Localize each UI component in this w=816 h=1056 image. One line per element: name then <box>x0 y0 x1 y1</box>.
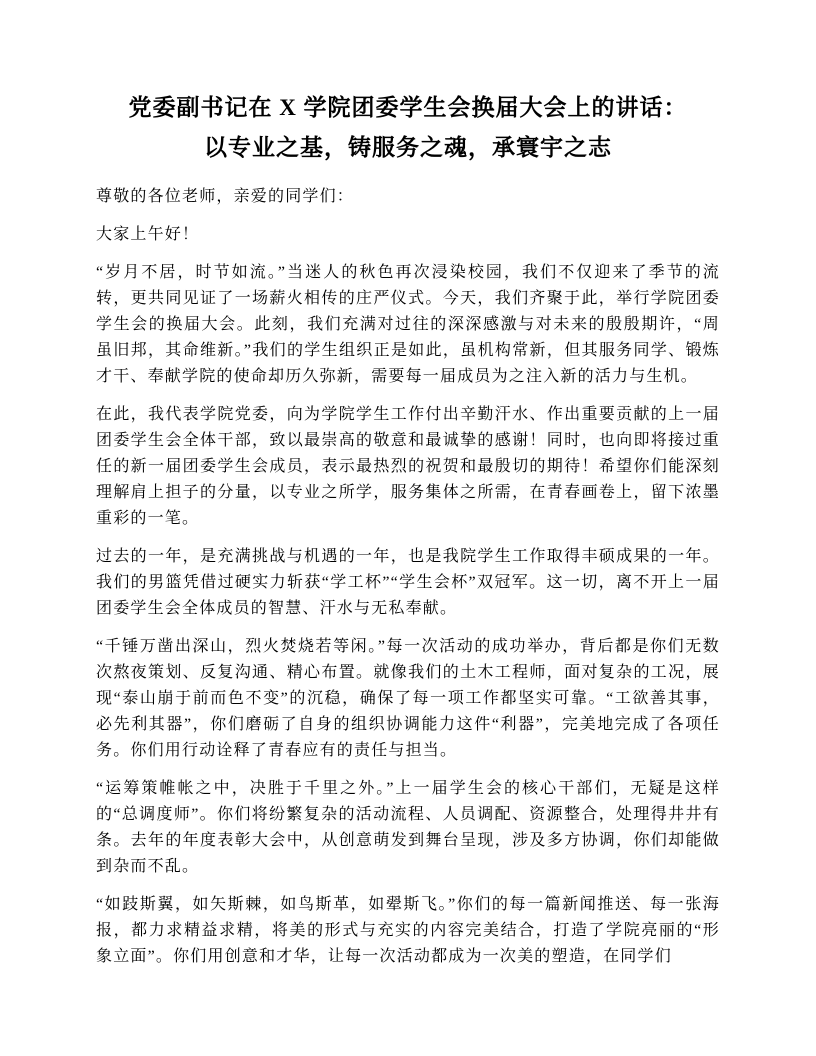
paragraph-image: “如跂斯翼，如矢斯棘，如鸟斯革，如翚斯飞。”你们的每一篇新闻推送、每一张海报，都… <box>96 892 720 970</box>
document-title-line-1: 党委副书记在 X 学院团委学生会换届大会上的讲话： <box>96 88 720 128</box>
paragraph-gratitude: 在此，我代表学院党委，向为学院学生工作付出辛勤汗水、作出重要贡献的上一届团委学生… <box>96 402 720 532</box>
paragraph-greeting: 大家上午好！ <box>96 222 720 248</box>
paragraph-opening: “岁月不居，时节如流。”当迷人的秋色再次浸染校园，我们不仅迎来了季节的流转，更共… <box>96 260 720 390</box>
document-body: 尊敬的各位老师，亲爱的同学们： 大家上午好！ “岁月不居，时节如流。”当迷人的秋… <box>96 184 720 970</box>
paragraph-salutation: 尊敬的各位老师，亲爱的同学们： <box>96 184 720 210</box>
paragraph-past-year: 过去的一年，是充满挑战与机遇的一年，也是我院学生工作取得丰硕成果的一年。我们的男… <box>96 544 720 622</box>
paragraph-hard-work: “千锤万凿出深山，烈火焚烧若等闲。”每一次活动的成功举办，背后都是你们无数次熬夜… <box>96 634 720 764</box>
document-page: 党委副书记在 X 学院团委学生会换届大会上的讲话： 以专业之基，铸服务之魂，承寰… <box>0 0 816 1056</box>
paragraph-coordination: “运筹策帷帐之中，决胜于千里之外。”上一届学生会的核心干部们，无疑是这样的“总调… <box>96 776 720 880</box>
document-title: 党委副书记在 X 学院团委学生会换届大会上的讲话： 以专业之基，铸服务之魂，承寰… <box>96 88 720 168</box>
document-title-line-2: 以专业之基，铸服务之魂，承寰宇之志 <box>96 128 720 168</box>
